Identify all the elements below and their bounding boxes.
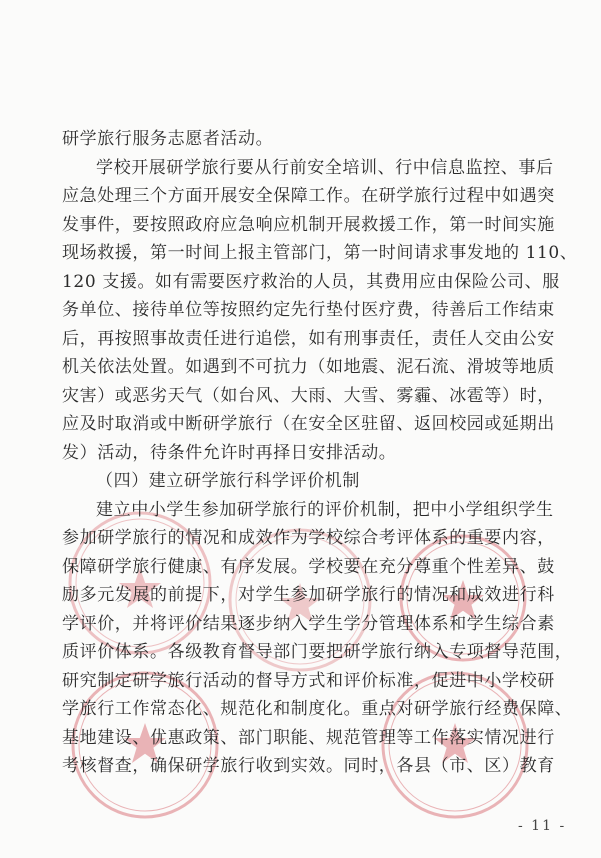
text-line: 灾害）或恶劣天气（如台风、大雨、大雪、雾霾、冰雹等）时，	[62, 382, 547, 411]
text-line: 研学旅行服务志愿者活动。	[62, 125, 547, 154]
text-line: 现场救援，第一时间上报主管部门，第一时间请求事发地的 110、	[62, 239, 547, 268]
page-number: - 11 -	[518, 818, 566, 834]
text-line: 后，再按照事故责任进行追偿，如有刑事责任，责任人交由公安	[62, 325, 547, 354]
text-line: 120 支援。如有需要医疗救治的人员，其费用应由保险公司、服	[62, 268, 547, 297]
text-line: 机关依法处置。如遇到不可抗力（如地震、泥石流、滑坡等地质	[62, 353, 547, 382]
text-line: 考核督查，确保研学旅行收到实效。同时，各县（市、区）教育	[62, 752, 547, 781]
body-text: 研学旅行服务志愿者活动。 学校开展研学旅行要从行前安全培训、行中信息监控、事后 …	[62, 125, 547, 781]
section-heading: （四）建立研学旅行科学评价机制	[62, 467, 547, 496]
text-line: 质评价体系。各级教育督导部门要把研学旅行纳入专项督导范围，	[62, 638, 547, 667]
text-line: 学评价，并将评价结果逐步纳入学生学分管理体系和学生综合素	[62, 610, 547, 639]
text-line: 应及时取消或中断研学旅行（在安全区驻留、返回校园或延期出	[62, 410, 547, 439]
text-line: 保障研学旅行健康、有序发展。学校要在充分尊重个性差异、鼓	[62, 553, 547, 582]
text-line: 参加研学旅行的情况和成效作为学校综合考评体系的重要内容，	[62, 524, 547, 553]
paragraph-start-evaluation: 建立中小学生参加研学旅行的评价机制，把中小学组织学生	[62, 496, 547, 525]
text-line: 应急处理三个方面开展安全保障工作。在研学旅行过程中如遇突	[62, 182, 547, 211]
text-line: 基地建设、优惠政策、部门职能、规范管理等工作落实情况进行	[62, 724, 547, 753]
document-page: 研学旅行服务志愿者活动。 学校开展研学旅行要从行前安全培训、行中信息监控、事后 …	[0, 0, 601, 858]
text-line: 研究制定研学旅行活动的督导方式和评价标准，促进中小学校研	[62, 667, 547, 696]
text-line: 发事件，要按照政府应急响应机制开展救援工作，第一时间实施	[62, 211, 547, 240]
text-line: 发）活动，待条件允许时再择日安排活动。	[62, 439, 547, 468]
text-line: 学旅行工作常态化、规范化和制度化。重点对研学旅行经费保障、	[62, 695, 547, 724]
text-line: 务单位、接待单位等按照约定先行垫付医疗费，待善后工作结束	[62, 296, 547, 325]
text-line: 励多元发展的前提下，对学生参加研学旅行的情况和成效进行科	[62, 581, 547, 610]
paragraph-start-safety: 学校开展研学旅行要从行前安全培训、行中信息监控、事后	[62, 154, 547, 183]
